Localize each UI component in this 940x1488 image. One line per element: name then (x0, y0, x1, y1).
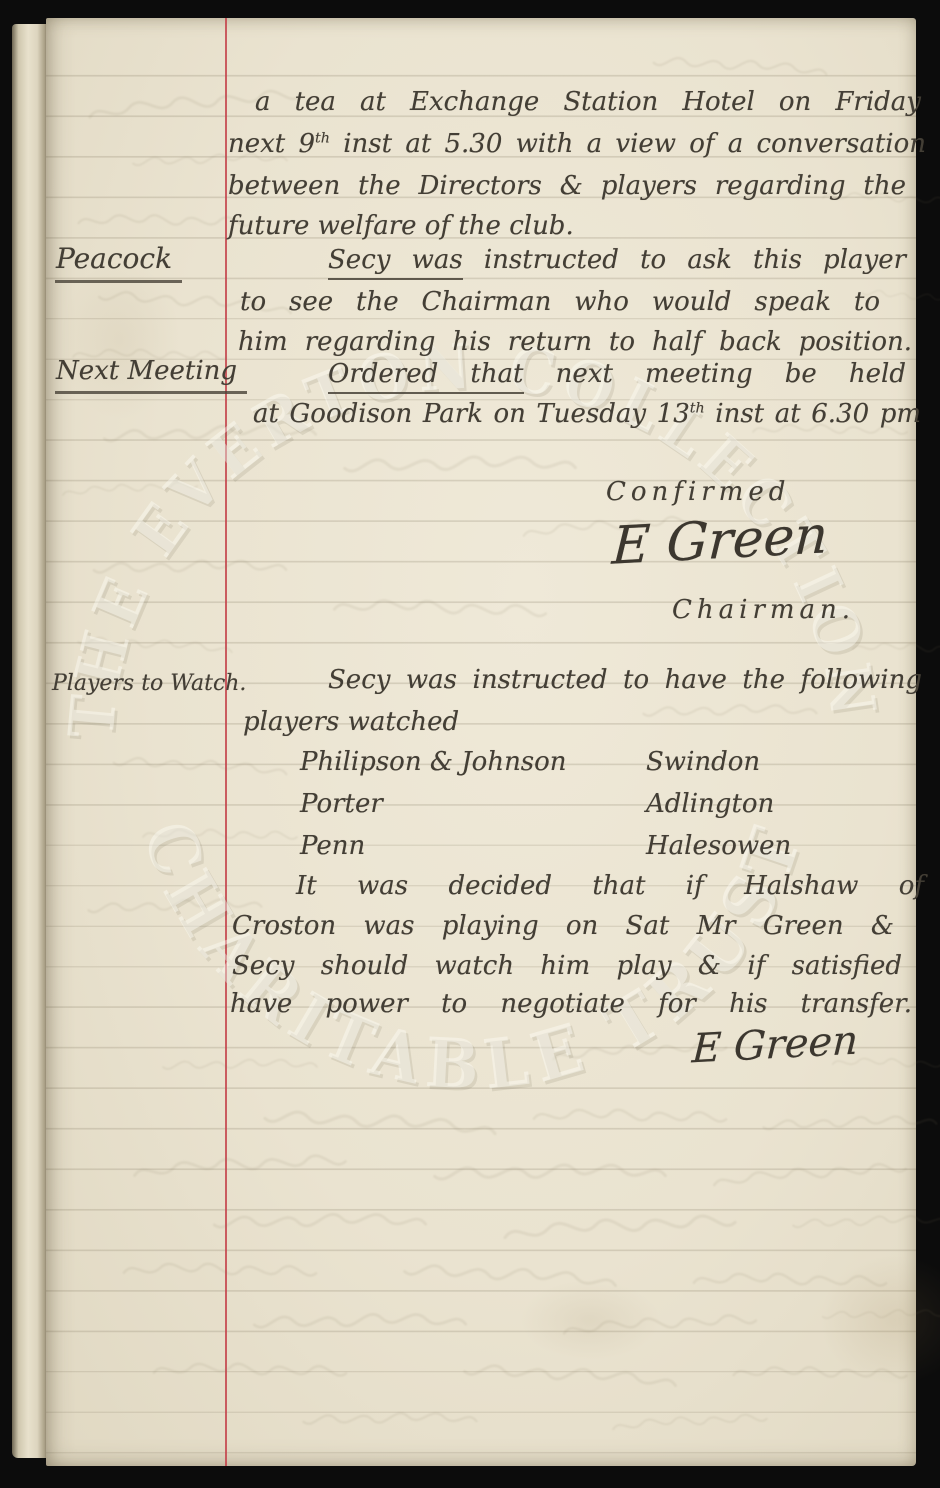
minute-line-peacock-1: Secy was instructed to ask this player (328, 246, 906, 276)
scanned-minute-book-page: THE EVERTON COLLECTION THE EVERTON COLLE… (0, 0, 940, 1488)
minute-line-opening-3: between the Directors & players regardin… (228, 172, 906, 202)
margin-heading-next-meeting: Next Meeting (55, 357, 247, 387)
watch-list-row: Penn Halesowen (300, 832, 900, 862)
minute-line-players-1: Secy was instructed to have the followin… (328, 666, 922, 696)
chairman-role-label: Chairman. (672, 596, 855, 626)
watch-club: Swindon (646, 748, 760, 778)
margin-heading-next-meeting-text: Next Meeting (55, 356, 247, 394)
signature-secretary-entry: E Green (691, 1018, 859, 1073)
minute-line-next-meeting-2: at Goodison Park on Tuesday 13th inst at… (253, 400, 921, 430)
opening-2-pre: next 9 (228, 129, 315, 159)
minute-line-peacock-2: to see the Chairman who would speak to (240, 288, 880, 318)
minute-line-opening-2: next 9th inst at 5.30 with a view of a c… (228, 130, 926, 160)
confirmed-label: Confirmed (606, 478, 790, 508)
peacock-1-rest: instructed to ask this player (484, 245, 906, 275)
watch-list-row: Porter Adlington (300, 790, 900, 820)
minute-line-decision-2: Croston was playing on Sat Mr Green & (232, 912, 894, 942)
minute-line-opening-4: future welfare of the club. (228, 212, 574, 242)
next-meeting-2-post: inst at 6.30 pm (705, 399, 921, 429)
next-meeting-1-rest: next meeting be held (556, 359, 906, 389)
next-meeting-2-superscript: th (690, 400, 705, 416)
peacock-underlined-lead: Secy was (328, 245, 463, 280)
margin-heading-players-to-watch-text: Players to Watch. (52, 671, 246, 696)
minute-line-decision-1: It was decided that if Halshaw of (296, 872, 924, 902)
watch-player: Philipson & Johnson (300, 747, 567, 777)
opening-2-superscript: th (315, 130, 330, 146)
watch-player: Penn (300, 831, 365, 861)
watch-club: Halesowen (646, 832, 791, 862)
watch-player: Porter (300, 789, 383, 819)
minute-line-decision-3: Secy should watch him play & if satisfie… (232, 952, 902, 982)
minute-line-peacock-3: him regarding his return to half back po… (238, 328, 912, 358)
watch-list-row: Philipson & Johnson Swindon (300, 748, 900, 778)
red-margin-rule (225, 18, 227, 1466)
margin-heading-players-to-watch: Players to Watch. (52, 668, 246, 698)
margin-heading-peacock-text: Peacock (55, 242, 182, 283)
previous-page-edge (12, 24, 48, 1458)
margin-heading-peacock: Peacock (55, 243, 182, 276)
minute-line-players-2: players watched (243, 708, 459, 738)
minute-line-decision-4: have power to negotiate for his transfer… (230, 990, 912, 1020)
minute-line-next-meeting-1: Ordered that next meeting be held (328, 360, 906, 390)
watch-club: Adlington (646, 790, 774, 820)
minute-line-opening-1: a tea at Exchange Station Hotel on Frida… (255, 88, 921, 118)
next-meeting-underlined-lead: Ordered that (328, 359, 524, 394)
signature-chairman: E Green (611, 506, 830, 577)
opening-2-post: inst at 5.30 with a view of a conversati… (330, 129, 926, 159)
next-meeting-2-pre: at Goodison Park on Tuesday 13 (253, 399, 690, 429)
